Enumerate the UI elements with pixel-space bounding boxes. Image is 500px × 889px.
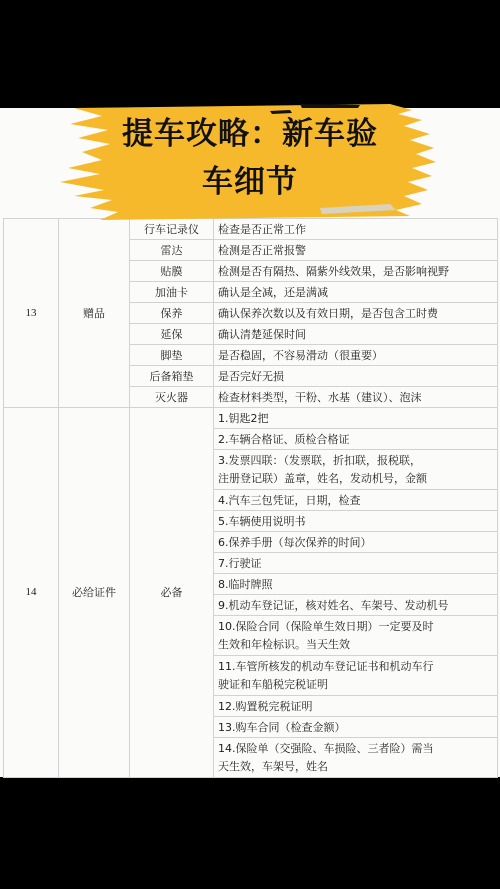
group-number: 14 — [4, 408, 59, 778]
item-desc: 8.临时牌照 — [214, 574, 498, 595]
item-desc: 11.车管所核发的机动车登记证书和机动车行 驶证和车船税完税证明 — [214, 656, 498, 696]
item-desc: 9.机动车登记证，核对姓名、车架号、发动机号 — [214, 595, 498, 616]
bottom-black-bar — [0, 777, 500, 889]
item-desc: 1.钥匙2把 — [214, 408, 498, 429]
item-name: 必备 — [130, 408, 214, 778]
item-name: 雷达 — [130, 240, 214, 261]
item-name: 灭火器 — [130, 387, 214, 408]
item-desc-line-2: 天生效，车架号，姓名 — [218, 758, 493, 776]
item-desc: 4.汽车三包凭证，日期，检查 — [214, 490, 498, 511]
item-desc: 是否稳固，不容易滑动（很重要） — [214, 345, 498, 366]
item-desc: 检测是否正常报警 — [214, 240, 498, 261]
item-desc: 是否完好无损 — [214, 366, 498, 387]
item-desc: 6.保养手册（每次保养的时间） — [214, 532, 498, 553]
item-name: 加油卡 — [130, 282, 214, 303]
item-desc: 检查材料类型，干粉、水基（建议）、泡沫 — [214, 387, 498, 408]
item-desc: 7.行驶证 — [214, 553, 498, 574]
title-line-1: 提车攻略：新车验 — [60, 114, 440, 154]
top-black-bar — [0, 0, 500, 108]
item-desc: 检查是否正常工作 — [214, 219, 498, 240]
item-name: 行车记录仪 — [130, 219, 214, 240]
item-desc-line-1: 14.保险单（交强险、车损险、三者险）需当 — [218, 740, 493, 758]
item-desc-line-1: 10.保险合同（保险单生效日期）一定要及时 — [218, 618, 493, 636]
title-banner: 提车攻略：新车验 车细节 — [60, 104, 440, 220]
checklist-table: 13 赠品 行车记录仪 检查是否正常工作 雷达 检测是否正常报警 贴膜 检测是否… — [3, 218, 498, 778]
item-desc-line-1: 11.车管所核发的机动车登记证书和机动车行 — [218, 658, 493, 676]
title-line-2: 车细节 — [60, 162, 440, 202]
item-desc: 确认清楚延保时间 — [214, 324, 498, 345]
group-category: 必给证件 — [59, 408, 130, 778]
item-desc: 14.保险单（交强险、车损险、三者险）需当 天生效，车架号，姓名 — [214, 738, 498, 778]
item-desc: 检测是否有隔热、隔紫外线效果，是否影响视野 — [214, 261, 498, 282]
item-name: 保养 — [130, 303, 214, 324]
item-desc-line-2: 生效和年检标识。当天生效 — [218, 636, 493, 654]
table-row: 13 赠品 行车记录仪 检查是否正常工作 — [4, 219, 498, 240]
item-name: 延保 — [130, 324, 214, 345]
item-desc: 3.发票四联：（发票联，折扣联，报税联， 注册登记联）盖章，姓名，发动机号，金额 — [214, 450, 498, 490]
group-category: 赠品 — [59, 219, 130, 408]
item-desc: 5.车辆使用说明书 — [214, 511, 498, 532]
item-desc-line-2: 注册登记联）盖章，姓名，发动机号，金额 — [218, 470, 493, 488]
item-desc: 13.购车合同（检查金额） — [214, 717, 498, 738]
item-desc: 10.保险合同（保险单生效日期）一定要及时 生效和年检标识。当天生效 — [214, 616, 498, 656]
item-desc: 确认保养次数以及有效日期，是否包含工时费 — [214, 303, 498, 324]
item-desc-line-2: 驶证和车船税完税证明 — [218, 676, 493, 694]
item-name: 后备箱垫 — [130, 366, 214, 387]
group-number: 13 — [4, 219, 59, 408]
item-name: 脚垫 — [130, 345, 214, 366]
item-desc: 确认是全减，还是满减 — [214, 282, 498, 303]
item-desc-line-1: 3.发票四联：（发票联，折扣联，报税联， — [218, 452, 493, 470]
table-row: 14 必给证件 必备 1.钥匙2把 — [4, 408, 498, 429]
item-desc: 12.购置税完税证明 — [214, 696, 498, 717]
item-name: 贴膜 — [130, 261, 214, 282]
item-desc: 2.车辆合格证、质检合格证 — [214, 429, 498, 450]
